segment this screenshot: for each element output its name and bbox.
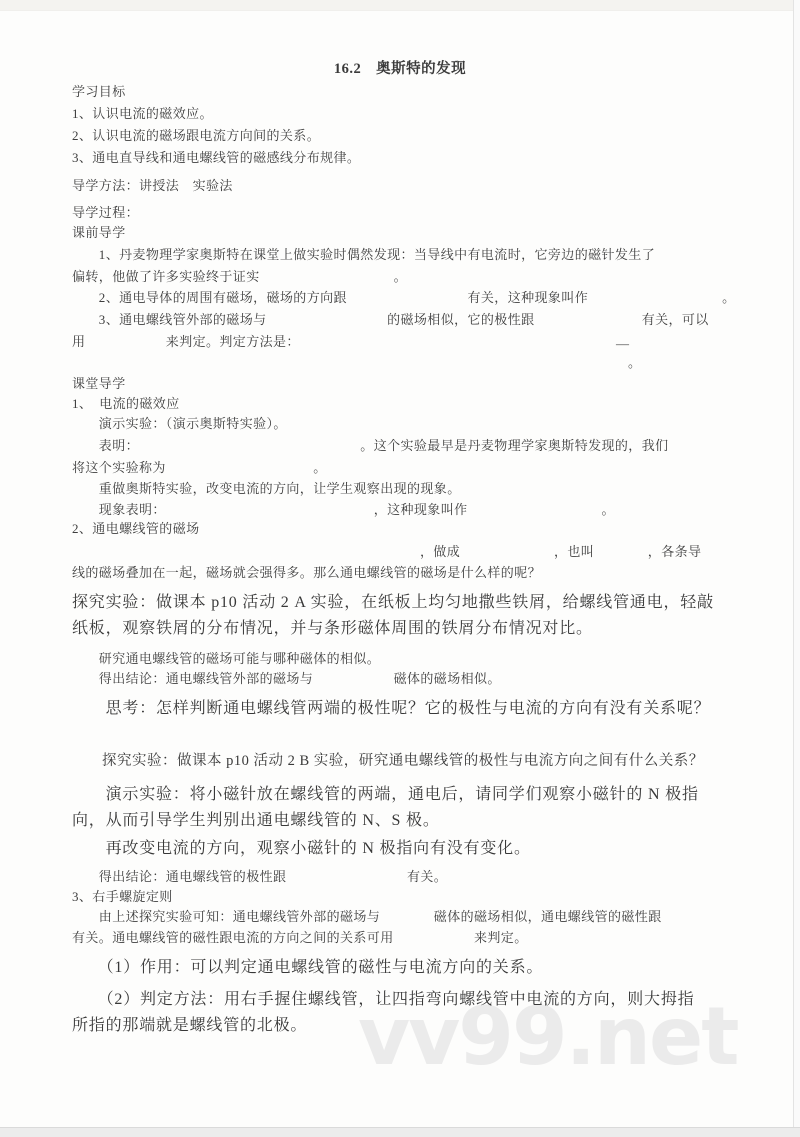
text-line: 探究实验：做课本 p10 活动 2 A 实验，在纸板上均匀地撒些铁屑，给螺线管通… [72,593,714,613]
text-line: 将这个实验称为 。 [72,460,327,476]
blank-dash: — [616,336,629,352]
section-heading: 课前导学 [72,225,126,241]
text-line: 2、通电导体的周围有磁场，磁场的方向跟 有关，这种现象叫作 。 [72,290,736,306]
document-page: vv99.net 16.2 奥斯特的发现学习目标1、认识电流的磁效应。2、认识电… [0,0,800,1137]
document-viewer: { "page": { "background": "#fdfdfc", "te… [0,0,800,1137]
page-title: 16.2 奥斯特的发现 [0,60,800,78]
text-line: 偏转，他做了许多实验终于证实 。 [72,269,407,285]
page-bottom-edge [0,1127,800,1137]
text-line: 3、右手螺旋定则 [72,889,173,905]
text-line: （1）作用：可以判定通电螺线管的磁性与电流方向的关系。 [72,958,543,978]
blank-period: 。 [628,355,641,371]
page-right-edge [793,0,800,1127]
text-line: 向，从而引导学生判别出通电螺线管的 N、S 极。 [72,811,440,831]
text-line: 3、通电直导线和通电螺线管的磁感线分布规律。 [72,150,360,166]
text-line: 1、丹麦物理学家奥斯特在课堂上做实验时偶然发现：当导线中有电流时，它旁边的磁针发… [72,247,655,263]
section-heading: 导学过程： [72,205,139,221]
text-line: 表明： 。这个实验最早是丹麦物理学家奥斯特发现的，我们 [72,438,669,454]
section-heading: 课堂导学 [72,376,126,392]
text-line: 1、认识电流的磁效应。 [72,106,213,122]
text-line: 2、通电螺线管的磁场 [72,521,200,537]
text-line: 重做奥斯特实验，改变电流的方向，让学生观察出现的现象。 [72,481,461,497]
text-line: 思考：怎样判断通电螺线管两端的极性呢？它的极性与电流的方向有没有关系呢？ [72,699,710,719]
text-line: 1、 电流的磁效应 [72,396,180,412]
text-line: 研究通电螺线管的磁场可能与哪种磁体的相似。 [72,651,380,667]
text-line: 演示实验：（演示奥斯特实验）。 [72,416,287,432]
text-line: 所指的那端就是螺线管的北极。 [72,1016,307,1036]
page-top-edge [0,0,800,11]
text-line: 线的磁场叠加在一起，磁场就会强得多。那么通电螺线管的磁场是什么样的呢？ [72,565,541,581]
text-line: 探究实验：做课本 p10 活动 2 B 实验，研究通电螺线管的极性与电流方向之间… [72,752,704,770]
text-line: 现象表明： ，这种现象叫作 。 [72,502,615,518]
text-line: 2、认识电流的磁场跟电流方向间的关系。 [72,128,320,144]
text-layer: 16.2 奥斯特的发现学习目标1、认识电流的磁效应。2、认识电流的磁场跟电流方向… [0,0,800,1137]
text-line: 3、通电螺线管外部的磁场与 的磁场相似，它的极性跟 有关，可以 [72,312,709,328]
text-line: 用 来判定。判定方法是： [72,334,300,350]
text-line: （2）判定方法：用右手握住螺线管，让四指弯向螺线管中电流的方向，则大拇指 [72,990,694,1010]
text-line: 得出结论：通电螺线管外部的磁场与 磁体的磁场相似。 [72,671,501,687]
text-line: ，做成 ，也叫 ，各条导 [420,544,701,560]
text-line: 再改变电流的方向，观察小磁针的 N 极指向有没有变化。 [72,839,531,859]
section-heading: 导学方法：讲授法 实验法 [72,178,233,194]
text-line: 有关。通电螺线管的磁性跟电流的方向之间的关系可用 来判定。 [72,930,528,946]
text-line: 得出结论：通电螺线管的极性跟 有关。 [72,869,447,885]
text-line: 纸板，观察铁屑的分布情况，并与条形磁体周围的铁屑分布情况对比。 [72,619,593,639]
section-heading: 学习目标 [72,84,126,100]
text-line: 演示实验：将小磁针放在螺线管的两端，通电后，请同学们观察小磁针的 N 极指 [72,785,699,805]
text-line: 由上述探究实验可知：通电螺线管外部的磁场与 磁体的磁场相似，通电螺线管的磁性跟 [72,909,662,925]
